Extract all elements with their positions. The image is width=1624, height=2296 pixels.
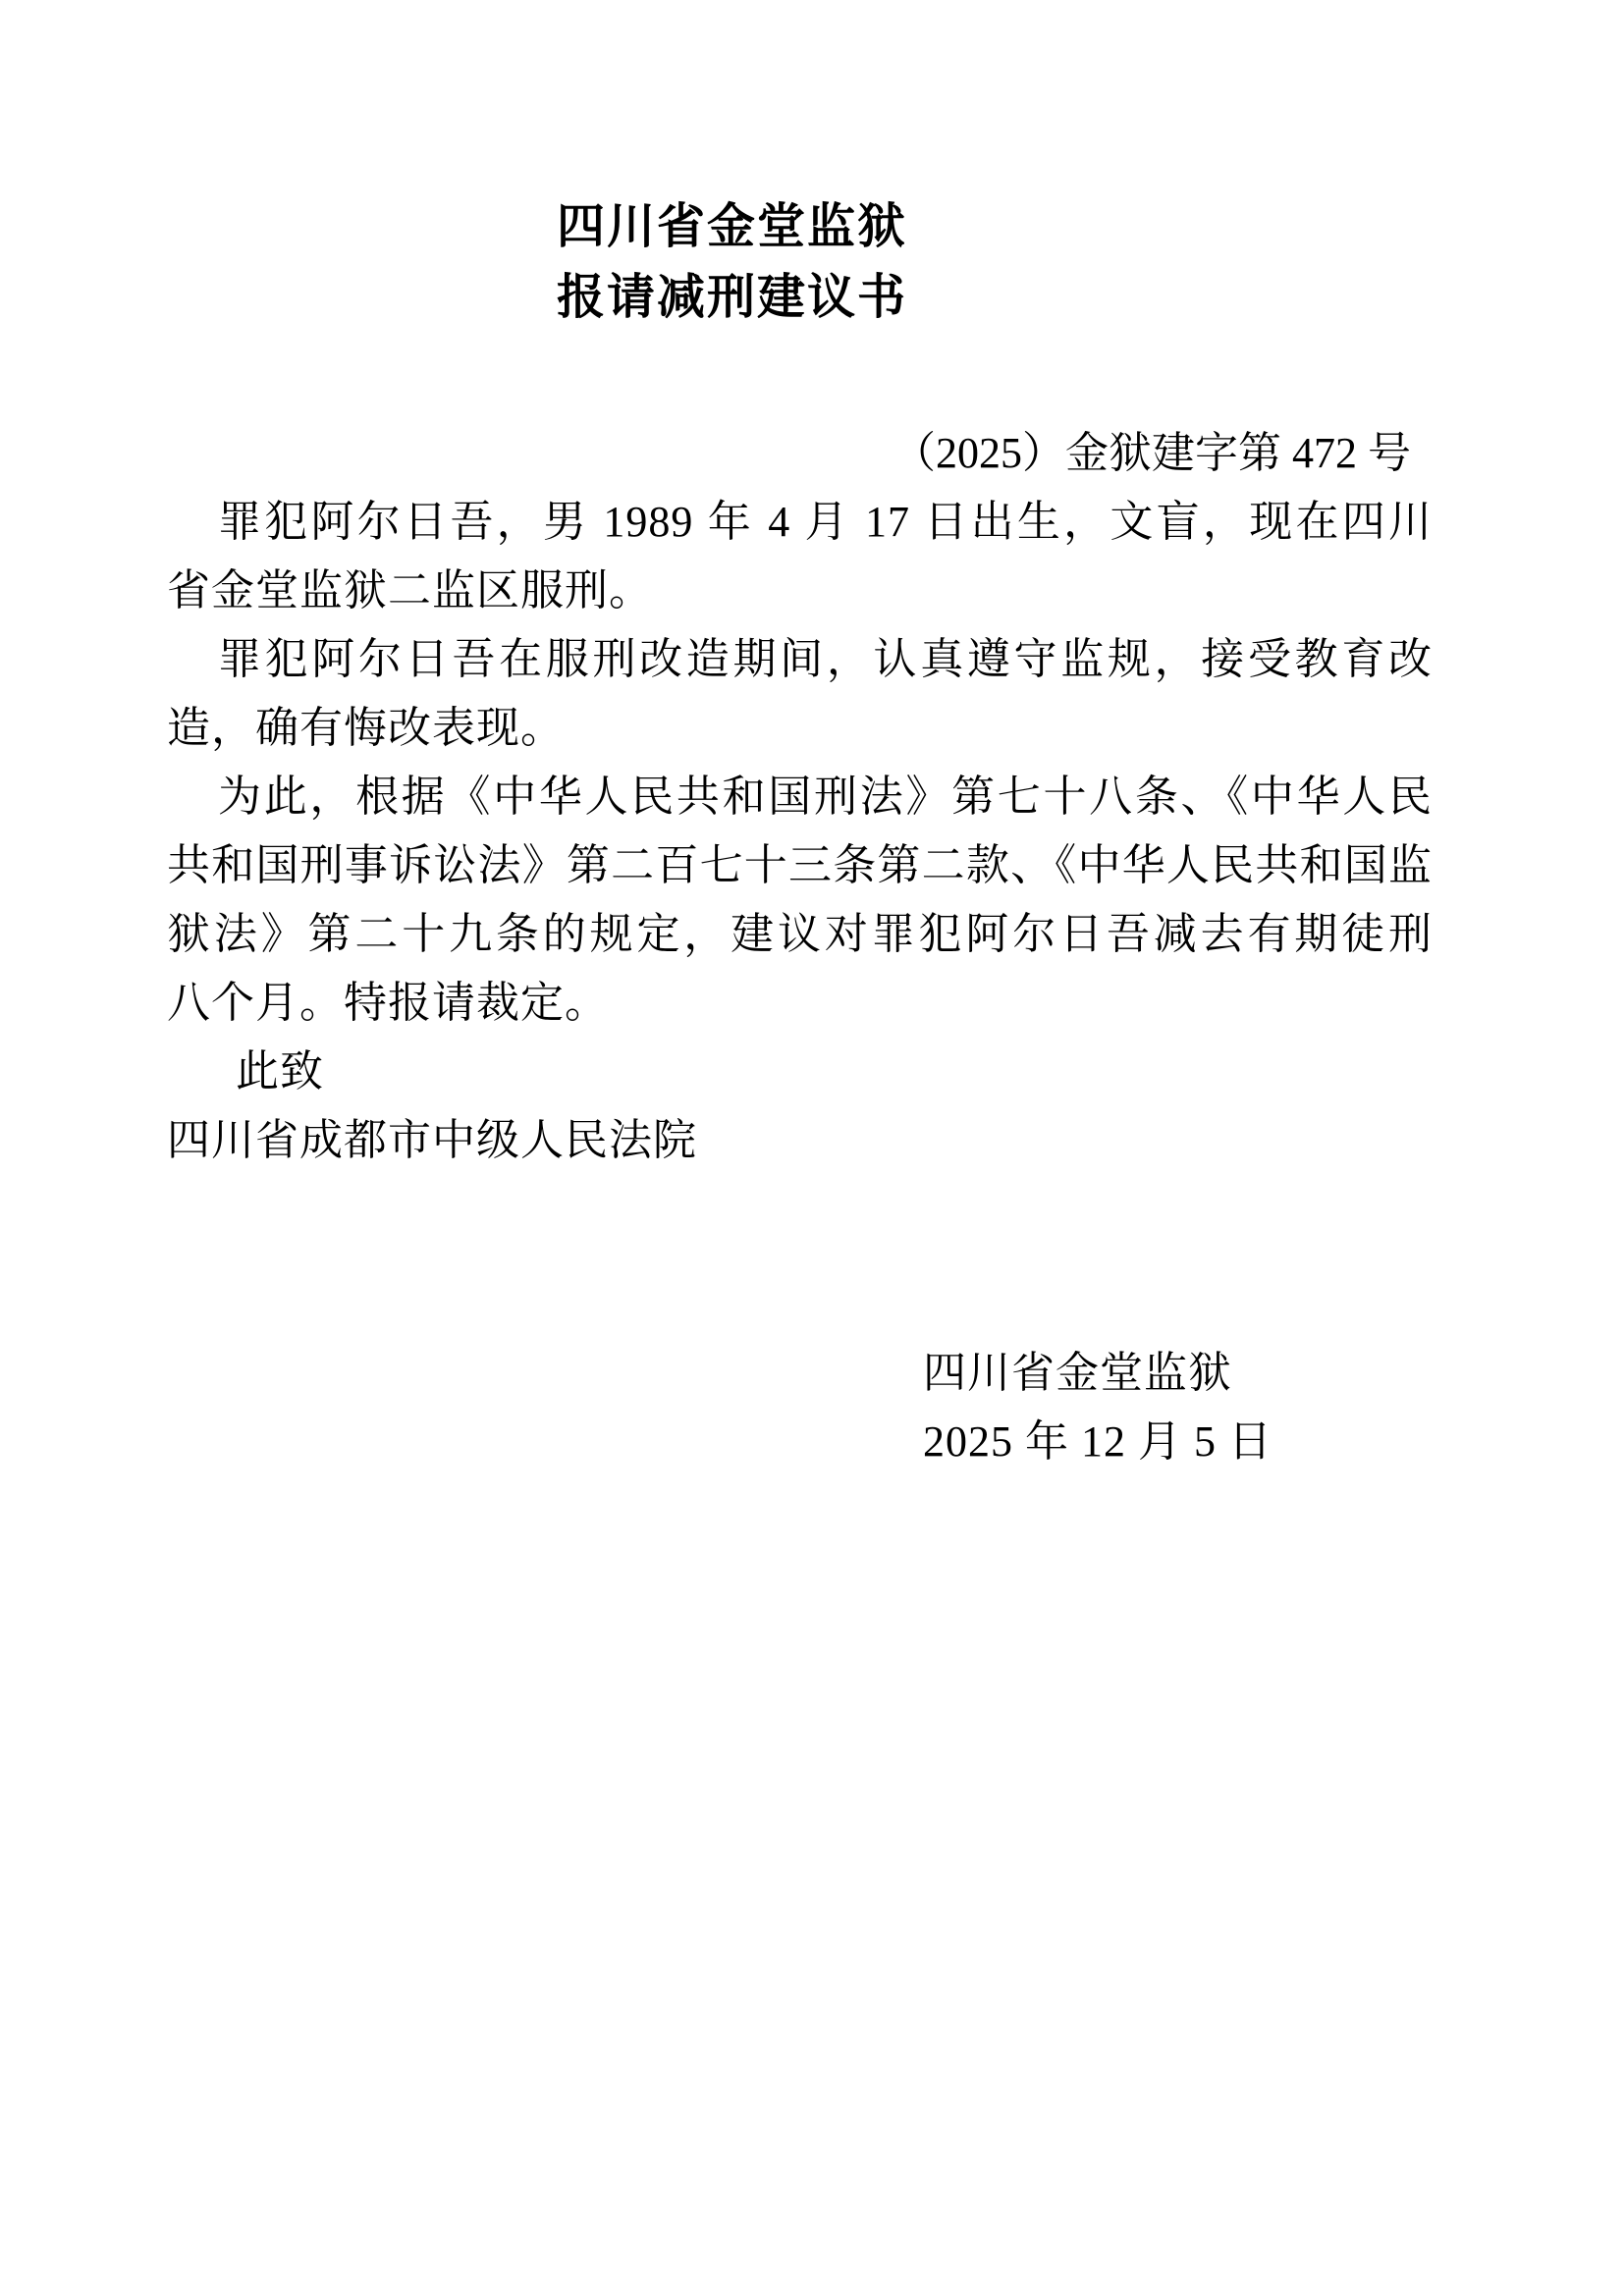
document-page: 四川省金堂监狱 报请减刑建议书 （2025）金狱建字第 472 号 罪犯阿尔日吾… bbox=[0, 0, 1624, 2296]
body-line: 狱法》第二十九条的规定，建议对罪犯阿尔日吾减去有期徒刑 bbox=[167, 900, 1433, 969]
closing-salutation: 此致 bbox=[167, 1038, 1433, 1106]
body-line: 省金堂监狱二监区服刑。 bbox=[167, 557, 1433, 625]
document-title: 四川省金堂监狱 报请减刑建议书 bbox=[167, 191, 1297, 333]
body-line: 为此，根据《中华人民共和国刑法》第七十八条、《中华人民 bbox=[167, 763, 1433, 831]
signature-date: 2025 年 12 月 5 日 bbox=[923, 1408, 1433, 1476]
body-line: 八个月。特报请裁定。 bbox=[167, 969, 1433, 1038]
document-body: 罪犯阿尔日吾，男 1989 年 4 月 17 日出生，文盲，现在四川 省金堂监狱… bbox=[167, 488, 1433, 1175]
body-line: 共和国刑事诉讼法》第二百七十三条第二款、《中华人民共和国监 bbox=[167, 831, 1433, 900]
document-number: （2025）金狱建字第 472 号 bbox=[167, 419, 1433, 488]
body-line: 造，确有悔改表现。 bbox=[167, 694, 1433, 763]
addressee-court: 四川省成都市中级人民法院 bbox=[167, 1106, 1433, 1175]
signature-org: 四川省金堂监狱 bbox=[923, 1339, 1433, 1408]
signature-block: 四川省金堂监狱 2025 年 12 月 5 日 bbox=[167, 1339, 1433, 1476]
body-line: 罪犯阿尔日吾在服刑改造期间，认真遵守监规，接受教育改 bbox=[167, 625, 1433, 694]
body-line: 罪犯阿尔日吾，男 1989 年 4 月 17 日出生，文盲，现在四川 bbox=[167, 488, 1433, 557]
title-line-2: 报请减刑建议书 bbox=[167, 262, 1297, 333]
title-line-1: 四川省金堂监狱 bbox=[167, 191, 1297, 262]
